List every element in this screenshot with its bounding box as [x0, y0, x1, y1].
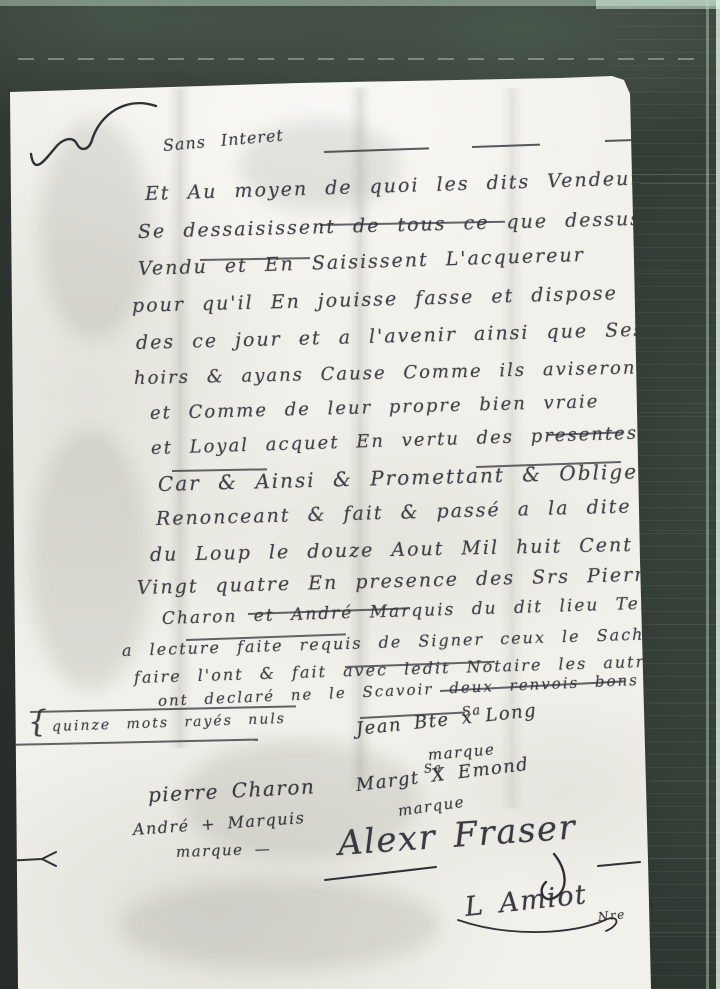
scanned-document-stage: Sans Interet Et Au moyen de quoi les dit…	[0, 0, 720, 989]
scan-scratch	[622, 207, 717, 208]
scan-scratch	[652, 781, 718, 782]
margin-arrow-mark	[2, 848, 66, 870]
filler-dash-stroke	[605, 139, 635, 142]
manuscript-line: Et Au moyen de quoi les dits Vendeurs	[145, 167, 654, 205]
manuscript-line: Renonceant & fait & passé a la dite Rivi…	[156, 493, 720, 530]
film-edge-highlight	[716, 0, 720, 989]
pen-flourish	[14, 94, 169, 189]
scan-scratch	[628, 174, 716, 175]
scan-scratch	[652, 624, 718, 625]
scan-scratch	[650, 703, 718, 704]
paper-fold-crease	[500, 88, 524, 808]
manuscript-line: pour qu'il En jouisse fasse et dispose	[132, 282, 618, 317]
manuscript-line: Car & Ainsi & Promettant & Obligeant &	[158, 457, 715, 496]
manuscript-line: des ce jour et a l'avenir ainsi que Ses	[136, 319, 646, 354]
film-edge-highlight	[596, 0, 720, 9]
manuscript-line: et Comme de leur propre bien vraie	[150, 391, 600, 424]
scan-scratch	[648, 932, 718, 933]
scan-scratch	[18, 58, 708, 60]
manuscript-line: et Loyal acquet En vertu des presentes	[151, 423, 639, 459]
paper-sheet: Sans Interet Et Au moyen de quoi les dit…	[0, 0, 720, 989]
margin-rule-stroke	[0, 739, 258, 746]
scan-scratch	[648, 530, 718, 531]
scan-scratch	[640, 183, 716, 184]
scan-scratch	[625, 347, 717, 348]
manuscript-line: hoirs & ayans Cause Comme ils aviseront	[134, 357, 646, 389]
film-edge-highlight	[706, 0, 709, 989]
manuscript-line: Se dessaisissent de tous ce que dessus	[138, 208, 643, 243]
scan-scratch	[628, 412, 718, 413]
scan-scratch	[650, 858, 718, 859]
scan-scratch	[628, 270, 718, 271]
manuscript-line: Vingt quatre En presence des Srs Pierre	[137, 563, 659, 599]
manuscript-line: Charon et André Marquis du dit lieu Temo…	[162, 592, 702, 629]
margin-brace: {	[27, 704, 49, 740]
mark-caption-marque: marque —	[176, 840, 272, 861]
notary-underline-flourish	[450, 898, 635, 950]
manuscript-line: du Loup le douze Aout Mil huit Cent	[150, 534, 633, 566]
